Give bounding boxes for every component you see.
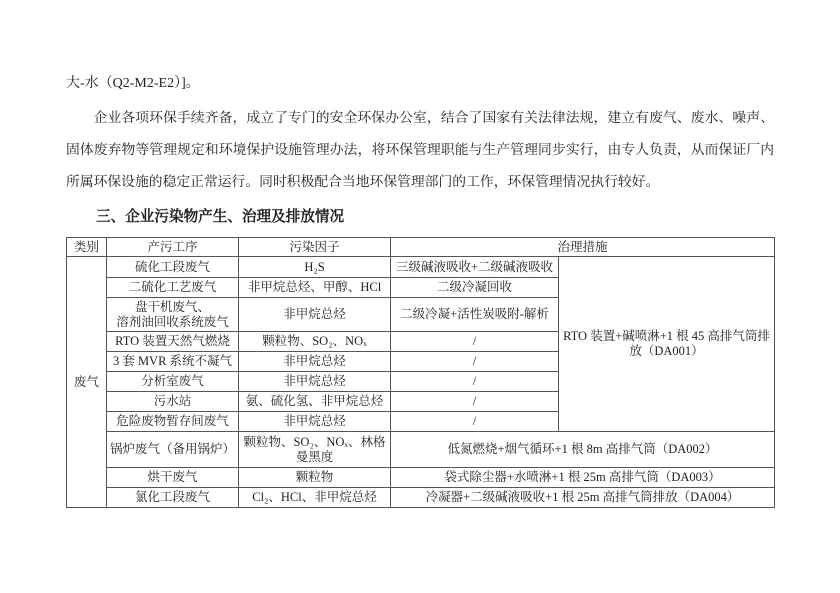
header-pollutant: 污染因子 [239, 238, 391, 257]
table-row: 废气 硫化工段废气 H₂S 三级碱液吸收+二级碱液吸收 RTO 装置+碱喷淋+1… [67, 257, 775, 278]
table-header-row: 类别 产污工序 污染因子 治理措施 [67, 238, 775, 257]
process-cell: 烘干废气 [107, 468, 239, 488]
pollutant-cell: 颗粒物、SO₂、NOₓ [239, 332, 391, 352]
category-cell-waste-gas: 废气 [67, 257, 107, 508]
process-cell: 氯化工段废气 [107, 488, 239, 508]
pollutant-cell: 颗粒物 [239, 468, 391, 488]
treatment-cell: 二级冷凝回收 [391, 278, 559, 298]
process-cell: 锅炉废气（备用锅炉） [107, 432, 239, 468]
table-row: 烘干废气 颗粒物 袋式除尘器+水喷淋+1 根 25m 高排气筒（DA003） [67, 468, 775, 488]
pollutant-cell: 非甲烷总烃 [239, 372, 391, 392]
treatment-cell: 三级碱液吸收+二级碱液吸收 [391, 257, 559, 278]
pollutant-cell: Cl₂、HCl、非甲烷总烃 [239, 488, 391, 508]
pollutant-cell: 氨、硫化氢、非甲烷总烃 [239, 392, 391, 412]
document-content: 大-水（Q2-M2-E2）]。 企业各项环保手续齐备，成立了专门的安全环保办公室… [66, 0, 774, 508]
pollutant-cell: 非甲烷总烃 [239, 412, 391, 432]
treatment-cell: / [391, 392, 559, 412]
document-page: 大-水（Q2-M2-E2）]。 企业各项环保手续齐备，成立了专门的安全环保办公室… [0, 0, 840, 593]
process-cell: 分析室废气 [107, 372, 239, 392]
section-heading: 三、企业污染物产生、治理及排放情况 [66, 206, 774, 228]
process-cell: 硫化工段废气 [107, 257, 239, 278]
pollutant-cell: 颗粒物、SO₂、NOₓ、林格曼黑度 [239, 432, 391, 468]
treatment-cell: 二级冷凝+活性炭吸附-解析 [391, 298, 559, 332]
process-cell: 盘干机废气、 溶剂油回收系统废气 [107, 298, 239, 332]
header-category: 类别 [67, 238, 107, 257]
process-cell: RTO 装置天然气燃烧 [107, 332, 239, 352]
pollution-table: 类别 产污工序 污染因子 治理措施 废气 硫化工段废气 H₂S 三级碱液吸收+二… [66, 237, 775, 508]
treatment-cell-da003: 袋式除尘器+水喷淋+1 根 25m 高排气筒（DA003） [391, 468, 775, 488]
header-process: 产污工序 [107, 238, 239, 257]
treatment-cell-da002: 低氮燃烧+烟气循环+1 根 8m 高排气筒（DA002） [391, 432, 775, 468]
treatment-cell: / [391, 352, 559, 372]
treatment-cell: / [391, 372, 559, 392]
process-cell: 污水站 [107, 392, 239, 412]
merged-treatment-cell-da001: RTO 装置+碱喷淋+1 根 45 高排气筒排放（DA001） [559, 257, 775, 432]
intro-line: 大-水（Q2-M2-E2）]。 [66, 0, 774, 94]
table-row: 锅炉废气（备用锅炉） 颗粒物、SO₂、NOₓ、林格曼黑度 低氮燃烧+烟气循环+1… [67, 432, 775, 468]
env-management-paragraph: 企业各项环保手续齐备，成立了专门的安全环保办公室，结合了国家有关法律法规，建立有… [66, 102, 774, 198]
process-cell: 危险废物暂存间废气 [107, 412, 239, 432]
process-cell: 二硫化工艺废气 [107, 278, 239, 298]
table-row: 氯化工段废气 Cl₂、HCl、非甲烷总烃 冷凝器+二级碱液吸收+1 根 25m … [67, 488, 775, 508]
pollutant-cell: H₂S [239, 257, 391, 278]
treatment-cell: / [391, 332, 559, 352]
treatment-cell: / [391, 412, 559, 432]
pollutant-cell: 非甲烷总烃 [239, 298, 391, 332]
pollutant-cell: 非甲烷总烃 [239, 352, 391, 372]
header-treatment: 治理措施 [391, 238, 775, 257]
process-cell: 3 套 MVR 系统不凝气 [107, 352, 239, 372]
pollutant-cell: 非甲烷总烃、甲醇、HCl [239, 278, 391, 298]
treatment-cell-da004: 冷凝器+二级碱液吸收+1 根 25m 高排气筒排放（DA004） [391, 488, 775, 508]
